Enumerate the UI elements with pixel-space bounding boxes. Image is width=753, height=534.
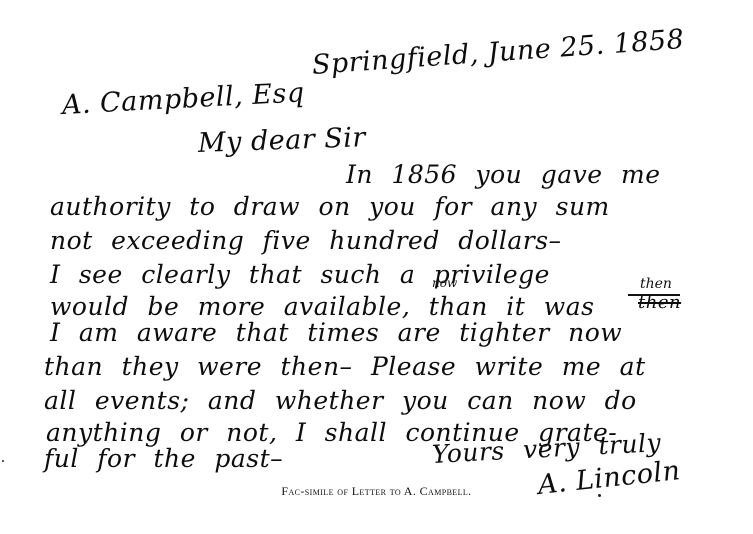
scan-speck	[598, 494, 601, 497]
letter-line-5: would be more available, than it was	[50, 292, 594, 321]
letter-line-6: I am aware that times are tighter now	[50, 318, 622, 347]
letter-line-7: than they were then– Please write me at	[44, 352, 646, 381]
letter-addressee: A. Campbell, Esq	[61, 77, 305, 121]
letter-line-3: not exceeding five hundred dollars–	[50, 226, 562, 255]
letter-line-8: all events; and whether you can now do	[44, 386, 637, 415]
letter-line-10: ful for the past–	[44, 444, 283, 473]
letter-salutation: My dear Sir	[197, 122, 366, 159]
inserted-word-now: now	[432, 276, 457, 290]
letter-line-4: I see clearly that such a privilege	[50, 260, 550, 289]
inserted-word-then: then	[640, 276, 672, 292]
struck-word: then	[638, 292, 681, 313]
letter-dateline: Springfield, June 25. 1858	[311, 24, 685, 81]
figure-caption: Fac-simile of Letter to A. Campbell.	[0, 484, 753, 499]
letter-line-1: In 1856 you gave me	[346, 160, 661, 189]
scan-speck	[2, 460, 4, 462]
letter-line-2: authority to draw on you for any sum	[50, 192, 610, 221]
document-page: Springfield, June 25. 1858 A. Campbell, …	[0, 0, 753, 534]
